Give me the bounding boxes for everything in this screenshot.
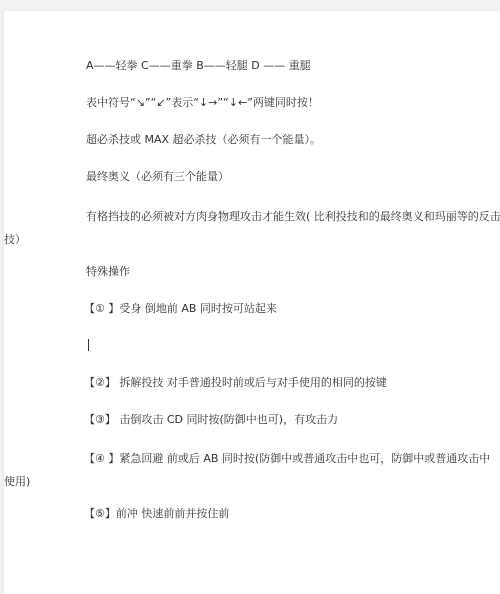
op-4-line2: 使用) [4,470,480,493]
op-4-line1: 【④ 】紧急回避 前或后 AB 同时按(防御中或普通攻击中也可，防御中或普通攻击… [84,447,480,470]
op-1-text: 【① 】受身 倒地前 AB 同时按可站起来 [84,300,277,318]
super-move-text: 超必杀技或 MAX 超必杀技（必须有一个能量）。 [86,131,321,149]
key-legend-text: A——轻拳 C——重拳 B——轻腿 D —— 重腿 [86,57,311,75]
block-note-line1: 有格挡技的必须被对方肉身物理攻击才能生效( 比利投技和的最终奥义和玛丽等的反击 [86,205,482,228]
document-page: A——轻拳 C——重拳 B——轻腿 D —— 重腿 表中符号“↘”“↙”表示“↓… [4,11,500,594]
op-2-text: 【②】 拆解投技 对手普通投时前或后与对手使用的相同的按键 [84,374,387,392]
op-4-paragraph: 【④ 】紧急回避 前或后 AB 同时按(防御中或普通攻击中也可，防御中或普通攻击… [84,447,480,493]
block-note-paragraph: 有格挡技的必须被对方肉身物理攻击才能生效( 比利投技和的最终奥义和玛丽等的反击 … [86,205,482,251]
op-3-text: 【③】 击倒攻击 CD 同时按(防御中也可)，有攻击力 [84,411,338,429]
text-cursor [88,339,89,351]
op-5-text: 【⑤】前冲 快速前前并按住前 [84,505,229,523]
special-ops-heading: 特殊操作 [86,263,130,281]
block-note-line2: 技） [4,228,482,251]
ultimate-text: 最终奥义（必须有三个能量） [86,168,229,186]
symbol-note-text: 表中符号“↘”“↙”表示“↓→”“↓←”两键同时按！ [86,94,319,112]
